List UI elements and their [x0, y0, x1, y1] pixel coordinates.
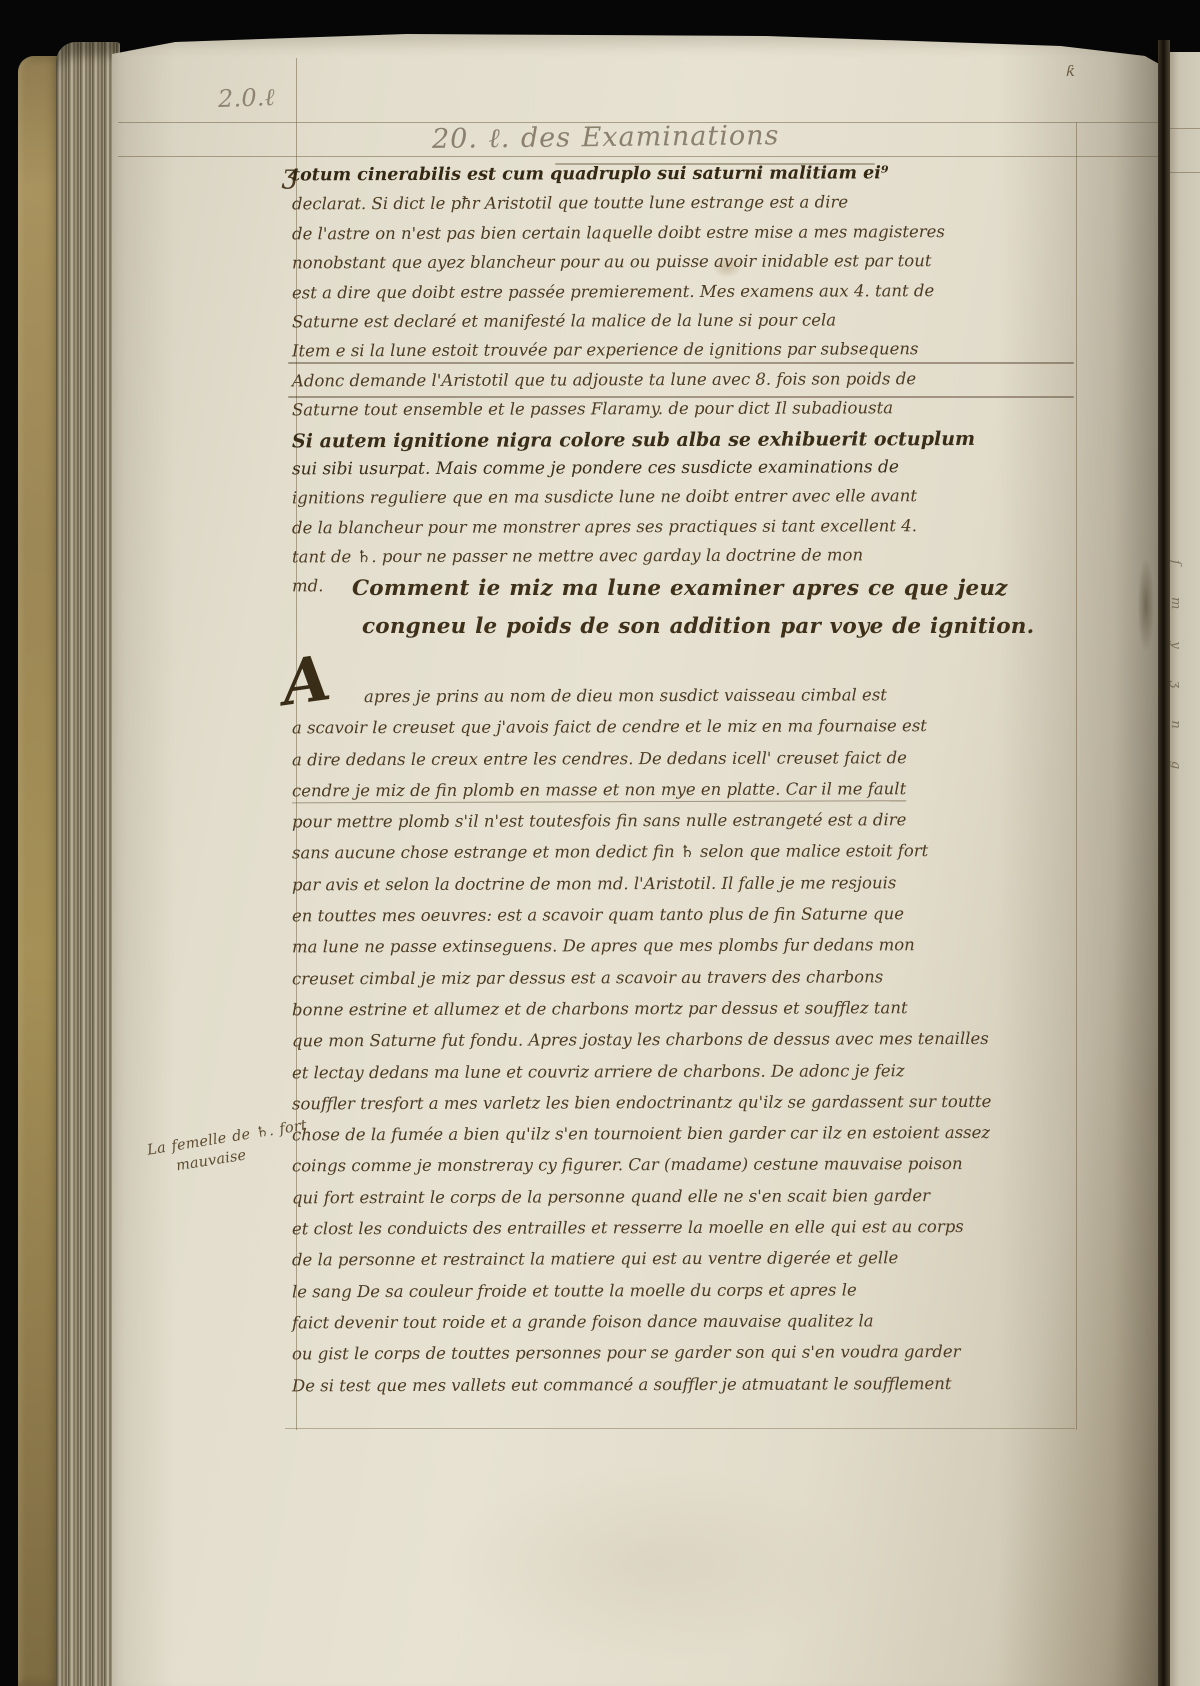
manuscript-line: qui fort estraint le corps de la personn… — [292, 1185, 1080, 1219]
ruled-line — [285, 1428, 1075, 1429]
stray-ink-mark: ƙ — [1066, 62, 1075, 80]
manuscript-line: le sang De sa couleur froide et toutte l… — [292, 1279, 1080, 1313]
manuscript-line: Saturne est declaré et manifesté la mali… — [292, 310, 1080, 342]
manuscript-line: Saturne tout ensemble et le passes Flara… — [292, 398, 1080, 430]
stacked-page-edges — [56, 42, 120, 1686]
manuscript-line: Adonc demande l'Aristotil que tu adjoust… — [292, 368, 1080, 400]
manuscript-line: que mon Saturne fut fondu. Apres jostay … — [292, 1029, 1080, 1063]
manuscript-line: par avis et selon la doctrine de mon md.… — [292, 872, 1080, 906]
stain — [442, 1464, 862, 1664]
section-heading-line: Comment ie miz ma lune examiner apres ce… — [352, 576, 1008, 601]
manuscript-line: ignitions reguliere que en ma susdicte l… — [292, 486, 1080, 518]
manuscript-line: cendre je miz de fin plomb en masse et n… — [292, 779, 1080, 813]
manuscript-line: faict devenir tout roide et a grande foi… — [292, 1311, 1080, 1345]
text-block-1: totum cinerabilis est cum quadruplo sui … — [292, 164, 1080, 605]
manuscript-line: De si test que mes vallets eut commancé … — [292, 1373, 1080, 1407]
manuscript-line: pour mettre plomb s'il n'est toutesfois … — [292, 810, 1080, 844]
manuscript-line: ma lune ne passe extinseguens. De apres … — [292, 935, 1080, 969]
facing-page-sliver — [1170, 52, 1200, 1686]
manuscript-line: totum cinerabilis est cum quadruplo sui … — [292, 163, 1080, 195]
manuscript-line: chose de la fumée a bien qu'ilz s'en tou… — [292, 1123, 1080, 1157]
photo-background: 2.0.ℓ 20. ℓ. des Examinations ƙ ʒ totum … — [0, 0, 1200, 1686]
manuscript-line: de la personne et restrainct la matiere … — [292, 1248, 1080, 1282]
ruled-line — [1170, 172, 1200, 173]
manuscript-line: et clost les conduicts des entrailles et… — [292, 1217, 1080, 1251]
manuscript-line-latin: Si autem ignitione nigra colore sub alba… — [292, 427, 1080, 459]
text-block-2: apres je prins au nom de dieu mon susdic… — [292, 686, 1080, 1406]
manuscript-line: Item e si la lune estoit trouvée par exp… — [292, 339, 1080, 371]
manuscript-line: et lectay dedans ma lune et couvriz arri… — [292, 1060, 1080, 1094]
manuscript-line: sans aucune chose estrange et mon dedict… — [292, 841, 1080, 875]
folio-number: 2.0.ℓ — [218, 83, 276, 114]
facing-page-text-fragments: ſ m y ʒ n g — [1176, 560, 1198, 783]
manuscript-line: tant de ♄. pour ne passer ne mettre avec… — [292, 545, 1080, 577]
manuscript-line-latin: sui sibi usurpat. Mais comme je pondere … — [292, 457, 1080, 489]
manuscript-line: est a dire que doibt estre passée premie… — [292, 280, 1080, 312]
running-header: 20. ℓ. des Examinations — [432, 120, 780, 155]
manuscript-line: souffler tresfort a mes varletz les bien… — [292, 1091, 1080, 1125]
manuscript-line: ou gist le corps de touttes personnes po… — [292, 1342, 1080, 1376]
manuscript-line: apres je prins au nom de dieu mon susdic… — [292, 685, 1080, 719]
section-heading-line: congneu le poids de son addition par voy… — [362, 614, 1034, 639]
manuscript-line: a dire dedans le creux entre les cendres… — [292, 747, 1080, 781]
manuscript-line: bonne estrine et allumez et de charbons … — [292, 998, 1080, 1032]
manuscript-line: de la blancheur pour me monstrer apres s… — [292, 515, 1080, 547]
manuscript-line: en touttes mes oeuvres: est a scavoir qu… — [292, 904, 1080, 938]
book-gutter — [1158, 40, 1170, 1686]
manuscript-line: nonobstant que ayez blancheur pour au ou… — [292, 251, 1080, 283]
manuscript-line: creuset cimbal je miz par dessus est a s… — [292, 966, 1080, 1000]
manuscript-line: a scavoir le creuset que j'avois faict d… — [292, 716, 1080, 750]
ruled-line — [118, 156, 1162, 157]
manuscript-line: declarat. Si dict le pħr Aristotil que t… — [292, 192, 1080, 224]
manuscript-line: coings comme je monstreray cy figurer. C… — [292, 1154, 1080, 1188]
manuscript-line: de l'astre on n'est pas bien certain laq… — [292, 221, 1080, 253]
ruled-line — [1170, 128, 1200, 129]
